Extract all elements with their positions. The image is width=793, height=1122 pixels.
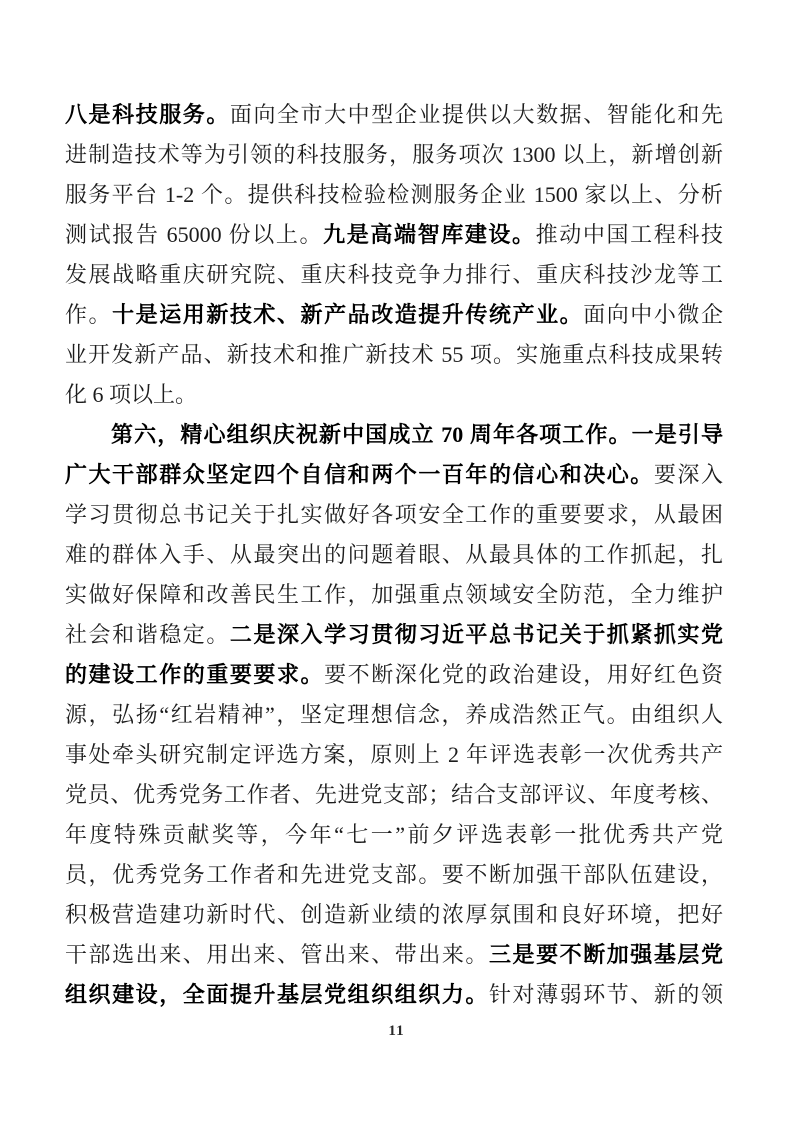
text-line: 化 6 项以上。 (65, 375, 723, 415)
text-line: 源，弘扬“红岩精神”，坚定理想信念，养成浩然正气。由组织人 (65, 695, 723, 735)
text-run: 党员、优秀党务工作者、先进党支部；结合支部评议、年度考核、 (65, 782, 723, 807)
emphasized-text-run: 八是科技服务。 (65, 102, 230, 127)
text-run: 难的群体入手、从最突出的问题着眼、从最具体的工作抓起，扎 (65, 542, 723, 567)
text-line: 积极营造建功新时代、创造新业绩的浓厚氛围和良好环境，把好 (65, 895, 723, 935)
text-line: 干部选出来、用出来、管出来、带出来。三是要不断加强基层党 (65, 935, 723, 975)
text-run: 干部选出来、用出来、管出来、带出来。 (65, 942, 489, 967)
emphasized-text-run: 九是高端智库建设。 (323, 222, 536, 247)
text-run: 学习贯彻总书记关于扎实做好各项安全工作的重要要求，从最困 (65, 502, 723, 527)
text-line: 第六，精心组织庆祝新中国成立 70 周年各项工作。一是引导 (65, 415, 723, 455)
text-line: 学习贯彻总书记关于扎实做好各项安全工作的重要要求，从最困 (65, 495, 723, 535)
text-run: 积极营造建功新时代、创造新业绩的浓厚氛围和良好环境，把好 (65, 902, 723, 927)
text-run: 业开发新产品、新技术和推广新技术 55 项。实施重点科技成果转 (65, 342, 723, 367)
document-body: 八是科技服务。面向全市大中型企业提供以大数据、智能化和先进制造技术等为引领的科技… (65, 95, 723, 1015)
text-line: 进制造技术等为引领的科技服务，服务项次 1300 以上，新增创新 (65, 135, 723, 175)
text-line: 作。十是运用新技术、新产品改造提升传统产业。面向中小微企 (65, 295, 723, 335)
text-run: 进制造技术等为引领的科技服务，服务项次 1300 以上，新增创新 (65, 142, 723, 167)
emphasized-text-run: 第六，精心组织庆祝新中国成立 70 周年各项工作。一是引导 (111, 422, 723, 447)
text-line: 社会和谐稳定。二是深入学习贯彻习近平总书记关于抓紧抓实党 (65, 615, 723, 655)
emphasized-text-run: 二是深入学习贯彻习近平总书记关于抓紧抓实党 (230, 622, 723, 647)
text-line: 测试报告 65000 份以上。九是高端智库建设。推动中国工程科技 (65, 215, 723, 255)
document-page: 八是科技服务。面向全市大中型企业提供以大数据、智能化和先进制造技术等为引领的科技… (0, 0, 793, 1122)
emphasized-text-run: 组织建设，全面提升基层党组织组织力。 (65, 982, 489, 1007)
text-run: 要深入 (654, 462, 723, 487)
text-run: 源，弘扬“红岩精神”，坚定理想信念，养成浩然正气。由组织人 (65, 702, 723, 727)
emphasized-text-run: 三是要不断加强基层党 (489, 942, 723, 967)
text-line: 业开发新产品、新技术和推广新技术 55 项。实施重点科技成果转 (65, 335, 723, 375)
text-line: 难的群体入手、从最突出的问题着眼、从最具体的工作抓起，扎 (65, 535, 723, 575)
text-line: 的建设工作的重要要求。要不断深化党的政治建设，用好红色资 (65, 655, 723, 695)
text-line: 发展战略重庆研究院、重庆科技竞争力排行、重庆科技沙龙等工 (65, 255, 723, 295)
text-run: 员，优秀党务工作者和先进党支部。要不断加强干部队伍建设， (65, 862, 723, 887)
page-footer: 11 (0, 1022, 793, 1040)
text-line: 组织建设，全面提升基层党组织组织力。针对薄弱环节、新的领 (65, 975, 723, 1015)
emphasized-text-run: 的建设工作的重要要求。 (65, 662, 324, 687)
text-run: 要不断深化党的政治建设，用好红色资 (324, 662, 723, 687)
text-run: 社会和谐稳定。 (65, 622, 230, 647)
text-line: 广大干部群众坚定四个自信和两个一百年的信心和决心。要深入 (65, 455, 723, 495)
text-run: 测试报告 65000 份以上。 (65, 222, 323, 247)
text-run: 发展战略重庆研究院、重庆科技竞争力排行、重庆科技沙龙等工 (65, 262, 723, 287)
text-run: 作。 (65, 302, 112, 327)
text-run: 实做好保障和改善民生工作，加强重点领域安全防范，全力维护 (65, 582, 723, 607)
text-line: 年度特殊贡献奖等，今年“七一”前夕评选表彰一批优秀共产党 (65, 815, 723, 855)
text-run: 针对薄弱环节、新的领 (489, 982, 723, 1007)
text-line: 党员、优秀党务工作者、先进党支部；结合支部评议、年度考核、 (65, 775, 723, 815)
text-run: 服务平台 1-2 个。提供科技检验检测服务企业 1500 家以上、分析 (65, 182, 723, 207)
text-line: 服务平台 1-2 个。提供科技检验检测服务企业 1500 家以上、分析 (65, 175, 723, 215)
text-run: 推动中国工程科技 (536, 222, 723, 247)
emphasized-text-run: 十是运用新技术、新产品改造提升传统产业。 (112, 302, 583, 327)
text-line: 员，优秀党务工作者和先进党支部。要不断加强干部队伍建设， (65, 855, 723, 895)
text-run: 年度特殊贡献奖等，今年“七一”前夕评选表彰一批优秀共产党 (65, 822, 723, 847)
emphasized-text-run: 广大干部群众坚定四个自信和两个一百年的信心和决心。 (65, 462, 654, 487)
text-line: 实做好保障和改善民生工作，加强重点领域安全防范，全力维护 (65, 575, 723, 615)
text-line: 事处牵头研究制定评选方案，原则上 2 年评选表彰一次优秀共产 (65, 735, 723, 775)
page-number: 11 (388, 1023, 404, 1039)
text-run: 面向中小微企 (583, 302, 723, 327)
text-run: 事处牵头研究制定评选方案，原则上 2 年评选表彰一次优秀共产 (65, 742, 723, 767)
text-run: 面向全市大中型企业提供以大数据、智能化和先 (230, 102, 723, 127)
text-run: 化 6 项以上。 (65, 382, 197, 407)
text-line: 八是科技服务。面向全市大中型企业提供以大数据、智能化和先 (65, 95, 723, 135)
